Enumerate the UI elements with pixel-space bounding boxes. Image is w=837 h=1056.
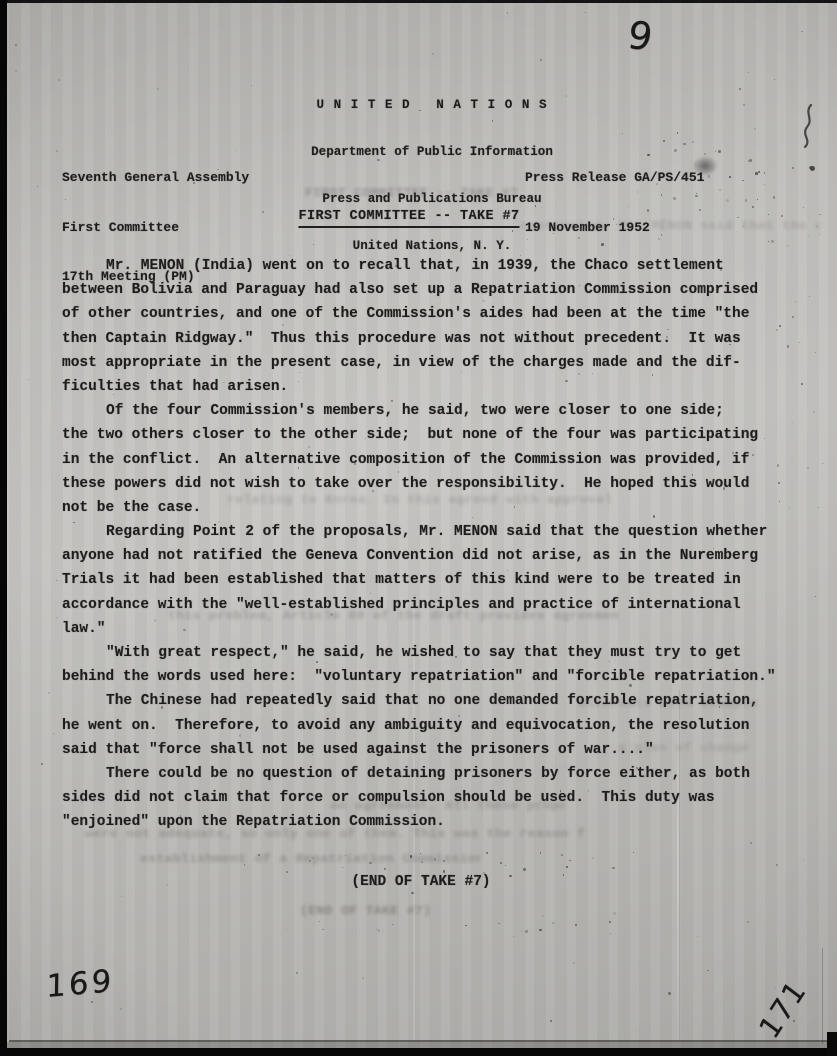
speck bbox=[758, 171, 760, 173]
speck bbox=[661, 234, 663, 236]
release-info: Press Release GA/PS/451 19 November 1952 bbox=[525, 137, 704, 269]
speck bbox=[505, 865, 506, 866]
speck bbox=[787, 245, 788, 246]
speck bbox=[443, 870, 446, 873]
speck bbox=[585, 12, 586, 13]
speck bbox=[768, 214, 769, 215]
speck bbox=[615, 660, 616, 661]
speck bbox=[53, 733, 54, 734]
speck bbox=[354, 463, 356, 465]
speck bbox=[58, 79, 60, 81]
speck bbox=[465, 925, 466, 926]
body-line: ficulties that had arisen. bbox=[62, 375, 792, 399]
speck bbox=[819, 214, 821, 216]
speck bbox=[799, 342, 801, 344]
speck bbox=[613, 912, 616, 915]
scanned-press-release-page: U N I T E D N A T I O N S Department of … bbox=[0, 0, 837, 1056]
speck bbox=[807, 467, 809, 469]
speck bbox=[726, 199, 729, 202]
speck bbox=[262, 211, 264, 213]
speck bbox=[28, 379, 29, 380]
paragraph: "With great respect," he said, he wished… bbox=[62, 641, 792, 689]
speck bbox=[330, 613, 332, 615]
speck bbox=[813, 411, 815, 413]
speck bbox=[764, 172, 766, 174]
speck bbox=[553, 233, 554, 234]
speck bbox=[565, 95, 567, 97]
speck bbox=[699, 209, 701, 211]
bleed-through-line: this problem, Article 60 of the draft pr… bbox=[168, 609, 618, 625]
speck bbox=[230, 553, 232, 555]
speck bbox=[792, 167, 794, 169]
speck bbox=[56, 617, 58, 619]
speck bbox=[84, 674, 85, 675]
scan-edge-corner bbox=[827, 1032, 837, 1056]
body-line: behind the words used here: "voluntary r… bbox=[62, 665, 792, 689]
speck bbox=[700, 604, 702, 606]
body-line: Regarding Point 2 of the proposals, Mr. … bbox=[62, 520, 792, 544]
speck bbox=[808, 236, 809, 237]
scan-edge-top bbox=[0, 0, 837, 3]
speck bbox=[542, 915, 544, 917]
bleed-through-line: relating to Korea. In this agreed with a… bbox=[227, 493, 627, 509]
speck bbox=[289, 255, 290, 256]
body-line: There could be no question of detaining … bbox=[62, 762, 792, 786]
speck bbox=[787, 345, 789, 347]
body-line: the two others closer to the other side;… bbox=[62, 423, 792, 447]
document-letterhead: U N I T E D N A T I O N S Department of … bbox=[311, 67, 553, 285]
speck bbox=[578, 373, 580, 375]
speck bbox=[87, 1029, 88, 1030]
speck bbox=[540, 852, 542, 854]
speck bbox=[697, 936, 698, 937]
speck bbox=[776, 329, 778, 331]
speck bbox=[636, 767, 638, 769]
speck bbox=[742, 180, 744, 182]
speck bbox=[692, 474, 693, 475]
speck bbox=[677, 132, 679, 134]
speck bbox=[695, 195, 697, 197]
speck bbox=[218, 521, 220, 523]
speck bbox=[663, 220, 664, 221]
speck bbox=[757, 199, 759, 201]
speck bbox=[167, 884, 169, 886]
handwritten-page-number-bottom-right: 171 bbox=[752, 973, 813, 1045]
document-title: FIRST COMMITTEE -- TAKE #7 bbox=[298, 209, 519, 228]
speck bbox=[449, 874, 450, 875]
speck bbox=[778, 482, 780, 484]
speck bbox=[749, 159, 752, 162]
speck bbox=[573, 962, 575, 964]
speck bbox=[719, 189, 721, 191]
scan-edge-left bbox=[0, 0, 7, 1056]
speck bbox=[56, 150, 58, 152]
speck bbox=[48, 692, 50, 694]
speck bbox=[729, 176, 731, 178]
speck bbox=[296, 972, 298, 974]
speck bbox=[492, 120, 494, 122]
speck bbox=[801, 383, 803, 385]
paragraph: Mr. MENON (India) went on to recall that… bbox=[62, 254, 792, 399]
speck bbox=[525, 930, 528, 933]
speck bbox=[622, 133, 624, 135]
speck bbox=[771, 240, 774, 243]
speck bbox=[319, 921, 320, 922]
speck bbox=[647, 154, 650, 157]
speck bbox=[563, 874, 564, 875]
speck bbox=[773, 196, 775, 198]
speck bbox=[792, 316, 794, 318]
speck bbox=[91, 1001, 93, 1003]
speck bbox=[183, 629, 185, 631]
speck bbox=[116, 331, 117, 332]
speck bbox=[803, 207, 804, 208]
assembly-line: Seventh General Assembly bbox=[62, 170, 249, 187]
handwritten-page-number-bottom-left: 169 bbox=[46, 963, 115, 1005]
speck bbox=[432, 53, 434, 55]
speck bbox=[520, 255, 521, 256]
speck bbox=[609, 921, 611, 923]
speck bbox=[421, 861, 423, 863]
speck bbox=[535, 205, 536, 206]
speck bbox=[613, 218, 614, 219]
paper-crease bbox=[822, 948, 823, 1044]
body-line: Trials it had been established that matt… bbox=[62, 568, 792, 592]
body-line: anyone had not ratified the Geneva Conve… bbox=[62, 544, 792, 568]
speck bbox=[566, 866, 568, 868]
speck bbox=[523, 695, 524, 696]
speck bbox=[795, 301, 797, 303]
bleed-through-line: a plan of change bbox=[618, 741, 808, 757]
body-line: most appropriate in the present case, in… bbox=[62, 351, 792, 375]
speck bbox=[410, 855, 412, 857]
speck bbox=[180, 815, 181, 816]
speck bbox=[258, 854, 260, 856]
org-department: Department of Public Information bbox=[311, 145, 553, 161]
speck bbox=[498, 923, 499, 924]
speck bbox=[419, 110, 420, 111]
speck bbox=[779, 325, 781, 327]
speck bbox=[601, 243, 604, 246]
speck bbox=[673, 197, 676, 200]
speck bbox=[668, 992, 670, 994]
speck bbox=[356, 931, 357, 932]
speck bbox=[653, 515, 655, 517]
speck bbox=[715, 151, 717, 153]
speck bbox=[193, 182, 195, 184]
body-line: of other countries, and one of the Commi… bbox=[62, 302, 792, 326]
speck bbox=[322, 929, 324, 931]
speck bbox=[612, 867, 615, 870]
speck bbox=[183, 409, 185, 411]
speck bbox=[432, 792, 433, 793]
bleed-through-line: an agreement. All these proposals were bbox=[330, 799, 565, 815]
speck bbox=[633, 852, 634, 853]
speck bbox=[815, 596, 816, 597]
committee-line: First Committee bbox=[62, 220, 249, 237]
body-line: Of the four Commission's members, he sai… bbox=[62, 399, 792, 423]
speck bbox=[569, 860, 571, 862]
speck bbox=[592, 857, 594, 859]
speck bbox=[513, 936, 514, 937]
speck bbox=[815, 352, 816, 353]
speck bbox=[776, 864, 778, 866]
speck bbox=[683, 143, 685, 145]
speck bbox=[286, 871, 288, 873]
speck bbox=[41, 763, 43, 765]
speck bbox=[522, 860, 523, 861]
speck bbox=[535, 223, 536, 224]
speck bbox=[372, 490, 374, 492]
speck bbox=[609, 661, 610, 662]
org-location: United Nations, N. Y. bbox=[311, 239, 553, 255]
speck bbox=[743, 104, 745, 106]
speck bbox=[455, 656, 457, 658]
speck bbox=[509, 875, 511, 877]
speck bbox=[244, 864, 245, 865]
speck bbox=[781, 215, 783, 217]
pen-mark bbox=[800, 103, 816, 151]
speck bbox=[251, 85, 252, 86]
speck bbox=[541, 207, 542, 208]
speck bbox=[779, 501, 780, 502]
speck bbox=[750, 842, 752, 844]
speck bbox=[666, 336, 668, 338]
speck bbox=[774, 79, 775, 80]
speck bbox=[552, 922, 555, 925]
speck bbox=[692, 141, 694, 143]
speck bbox=[482, 300, 484, 302]
speck bbox=[764, 184, 765, 185]
speck bbox=[286, 929, 287, 930]
speck bbox=[793, 1020, 795, 1022]
speck bbox=[737, 217, 738, 218]
body-line: Mr. MENON (India) went on to recall that… bbox=[62, 254, 792, 278]
body-line: "With great respect," he said, he wished… bbox=[62, 641, 792, 665]
body-line: then Captain Ridgway." Thus this procedu… bbox=[62, 327, 792, 351]
speck bbox=[434, 858, 436, 860]
speck bbox=[458, 715, 460, 717]
speck bbox=[423, 876, 426, 879]
body-line: he went on. Therefore, to avoid any ambi… bbox=[62, 714, 792, 738]
speck bbox=[768, 241, 769, 242]
speck bbox=[754, 128, 756, 130]
speck bbox=[15, 44, 17, 46]
speck bbox=[621, 374, 622, 375]
speck bbox=[378, 929, 381, 932]
bleed-through-line: were not adequate, so only one of them. … bbox=[85, 827, 585, 843]
ink-dot bbox=[810, 166, 815, 171]
speck bbox=[629, 684, 631, 686]
speck bbox=[56, 580, 57, 581]
speck bbox=[113, 394, 114, 395]
speck bbox=[610, 933, 611, 934]
speck bbox=[647, 209, 649, 211]
speck bbox=[752, 206, 754, 208]
speck bbox=[656, 572, 658, 574]
end-of-take-note: (END OF TAKE #7) bbox=[351, 874, 490, 890]
speck bbox=[745, 199, 747, 201]
press-release-number: Press Release GA/PS/451 bbox=[525, 170, 704, 187]
speck bbox=[411, 892, 413, 894]
speck bbox=[377, 159, 379, 161]
speck bbox=[507, 12, 509, 14]
speck bbox=[132, 576, 133, 577]
speck bbox=[392, 924, 393, 925]
speck bbox=[818, 507, 819, 508]
bleed-through-line: (END OF TAKE #7) bbox=[300, 904, 545, 920]
speck bbox=[819, 234, 820, 235]
org-name: U N I T E D N A T I O N S bbox=[311, 98, 553, 114]
speck bbox=[707, 970, 709, 972]
body-line: between Bolivia and Paraguay had also se… bbox=[62, 278, 792, 302]
speck bbox=[384, 868, 386, 870]
speck bbox=[121, 896, 122, 897]
speck bbox=[486, 852, 488, 854]
speck bbox=[764, 438, 765, 439]
speck bbox=[708, 175, 710, 177]
speck bbox=[37, 186, 39, 188]
speck bbox=[376, 884, 378, 886]
speck bbox=[500, 579, 502, 581]
speck bbox=[663, 140, 665, 142]
speck bbox=[472, 517, 473, 518]
speck bbox=[809, 296, 810, 297]
speck bbox=[816, 226, 817, 227]
speck bbox=[15, 70, 17, 72]
speck bbox=[637, 191, 638, 192]
speck bbox=[718, 150, 721, 153]
speck bbox=[235, 151, 236, 152]
speck bbox=[65, 199, 66, 200]
speck bbox=[298, 381, 299, 382]
speck bbox=[540, 59, 542, 61]
speck bbox=[153, 585, 154, 586]
speck bbox=[439, 289, 440, 290]
ink-smudge bbox=[688, 153, 722, 179]
bleed-through-line: alternate with example bbox=[578, 697, 778, 713]
speck bbox=[539, 929, 541, 931]
speck bbox=[803, 860, 804, 861]
speck bbox=[500, 862, 502, 864]
speck bbox=[550, 1020, 552, 1022]
speck bbox=[792, 422, 794, 424]
speck bbox=[747, 921, 749, 923]
speck bbox=[182, 503, 184, 505]
speck bbox=[157, 88, 159, 90]
speck bbox=[523, 868, 525, 870]
speck bbox=[739, 88, 741, 90]
speck bbox=[575, 924, 577, 926]
speck bbox=[120, 1008, 122, 1010]
scan-edge-bottom bbox=[0, 1048, 837, 1056]
speck bbox=[224, 749, 225, 750]
bleed-through-line: continuing, Mr. MENON said that the ques… bbox=[520, 219, 820, 235]
speck bbox=[801, 31, 803, 33]
speck bbox=[704, 153, 706, 155]
speck bbox=[748, 72, 749, 73]
speck bbox=[282, 324, 283, 325]
speck bbox=[561, 854, 563, 856]
speck bbox=[362, 977, 364, 979]
speck bbox=[223, 382, 224, 383]
handwritten-page-number-top: 9 bbox=[625, 13, 655, 58]
body-line: in the conflict. An alternative composit… bbox=[62, 448, 792, 472]
speck bbox=[227, 699, 228, 700]
speck bbox=[822, 463, 823, 464]
bleed-through-line: FIRST COMMITTEE -- TAKE #7 bbox=[305, 186, 563, 202]
speck bbox=[565, 380, 567, 382]
